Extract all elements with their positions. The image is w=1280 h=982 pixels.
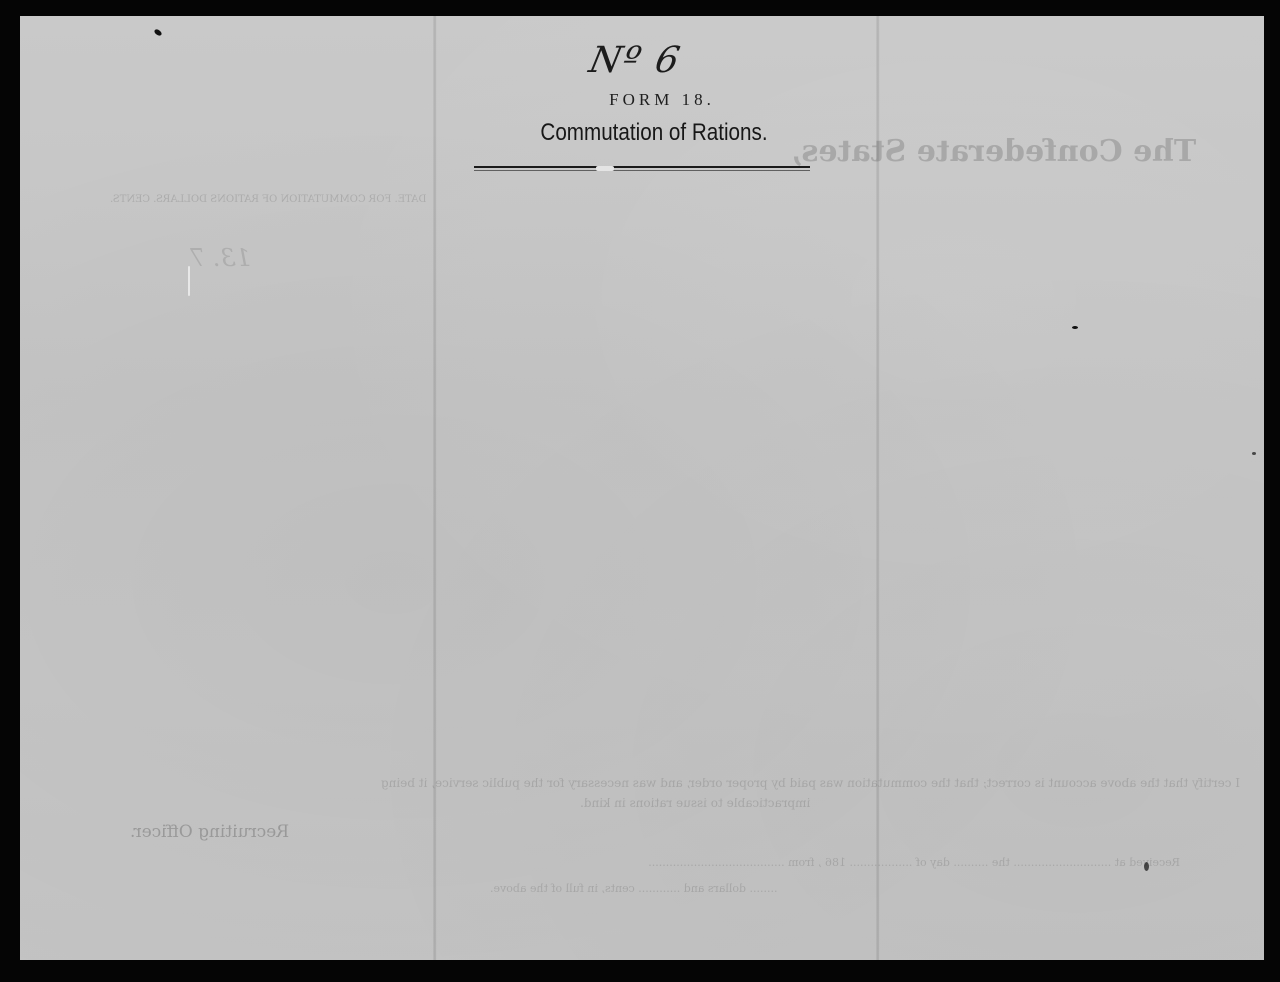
bleed-through-received-line: Received at ............................…	[140, 856, 1180, 869]
bleed-through-dollars-line: ........ dollars and ............ cents,…	[490, 882, 778, 895]
bleed-through-certification-line-2: impracticable to issue rations in kind.	[580, 796, 810, 810]
fold-line-left	[433, 16, 437, 960]
bleed-through-certification-line-1: I certify that the above account is corr…	[60, 776, 1240, 790]
paper-scratch	[596, 166, 614, 171]
document-number: Nº 6	[586, 40, 685, 81]
title-underline	[474, 166, 810, 168]
form-label: FORM 18.	[572, 90, 752, 110]
ink-speck	[1252, 452, 1256, 455]
document-page: The Confederate States, DATE. FOR COMMUT…	[20, 16, 1264, 960]
bleed-through-handwritten-amount: 13. 7	[190, 244, 251, 272]
document-title: Commutation of Rations.	[499, 119, 809, 147]
bleed-through-signature-role: Recruiting Officer.	[130, 822, 289, 842]
bleed-through-column-headers: DATE. FOR COMMUTATION OF RATIONS DOLLARS…	[110, 194, 426, 205]
ink-speck	[1072, 326, 1078, 329]
ink-speck	[1144, 862, 1149, 871]
title-underline-secondary	[474, 170, 810, 171]
paper-scratch	[188, 266, 190, 296]
ink-speck	[153, 28, 162, 37]
bleed-through-heading: The Confederate States,	[791, 134, 1196, 169]
